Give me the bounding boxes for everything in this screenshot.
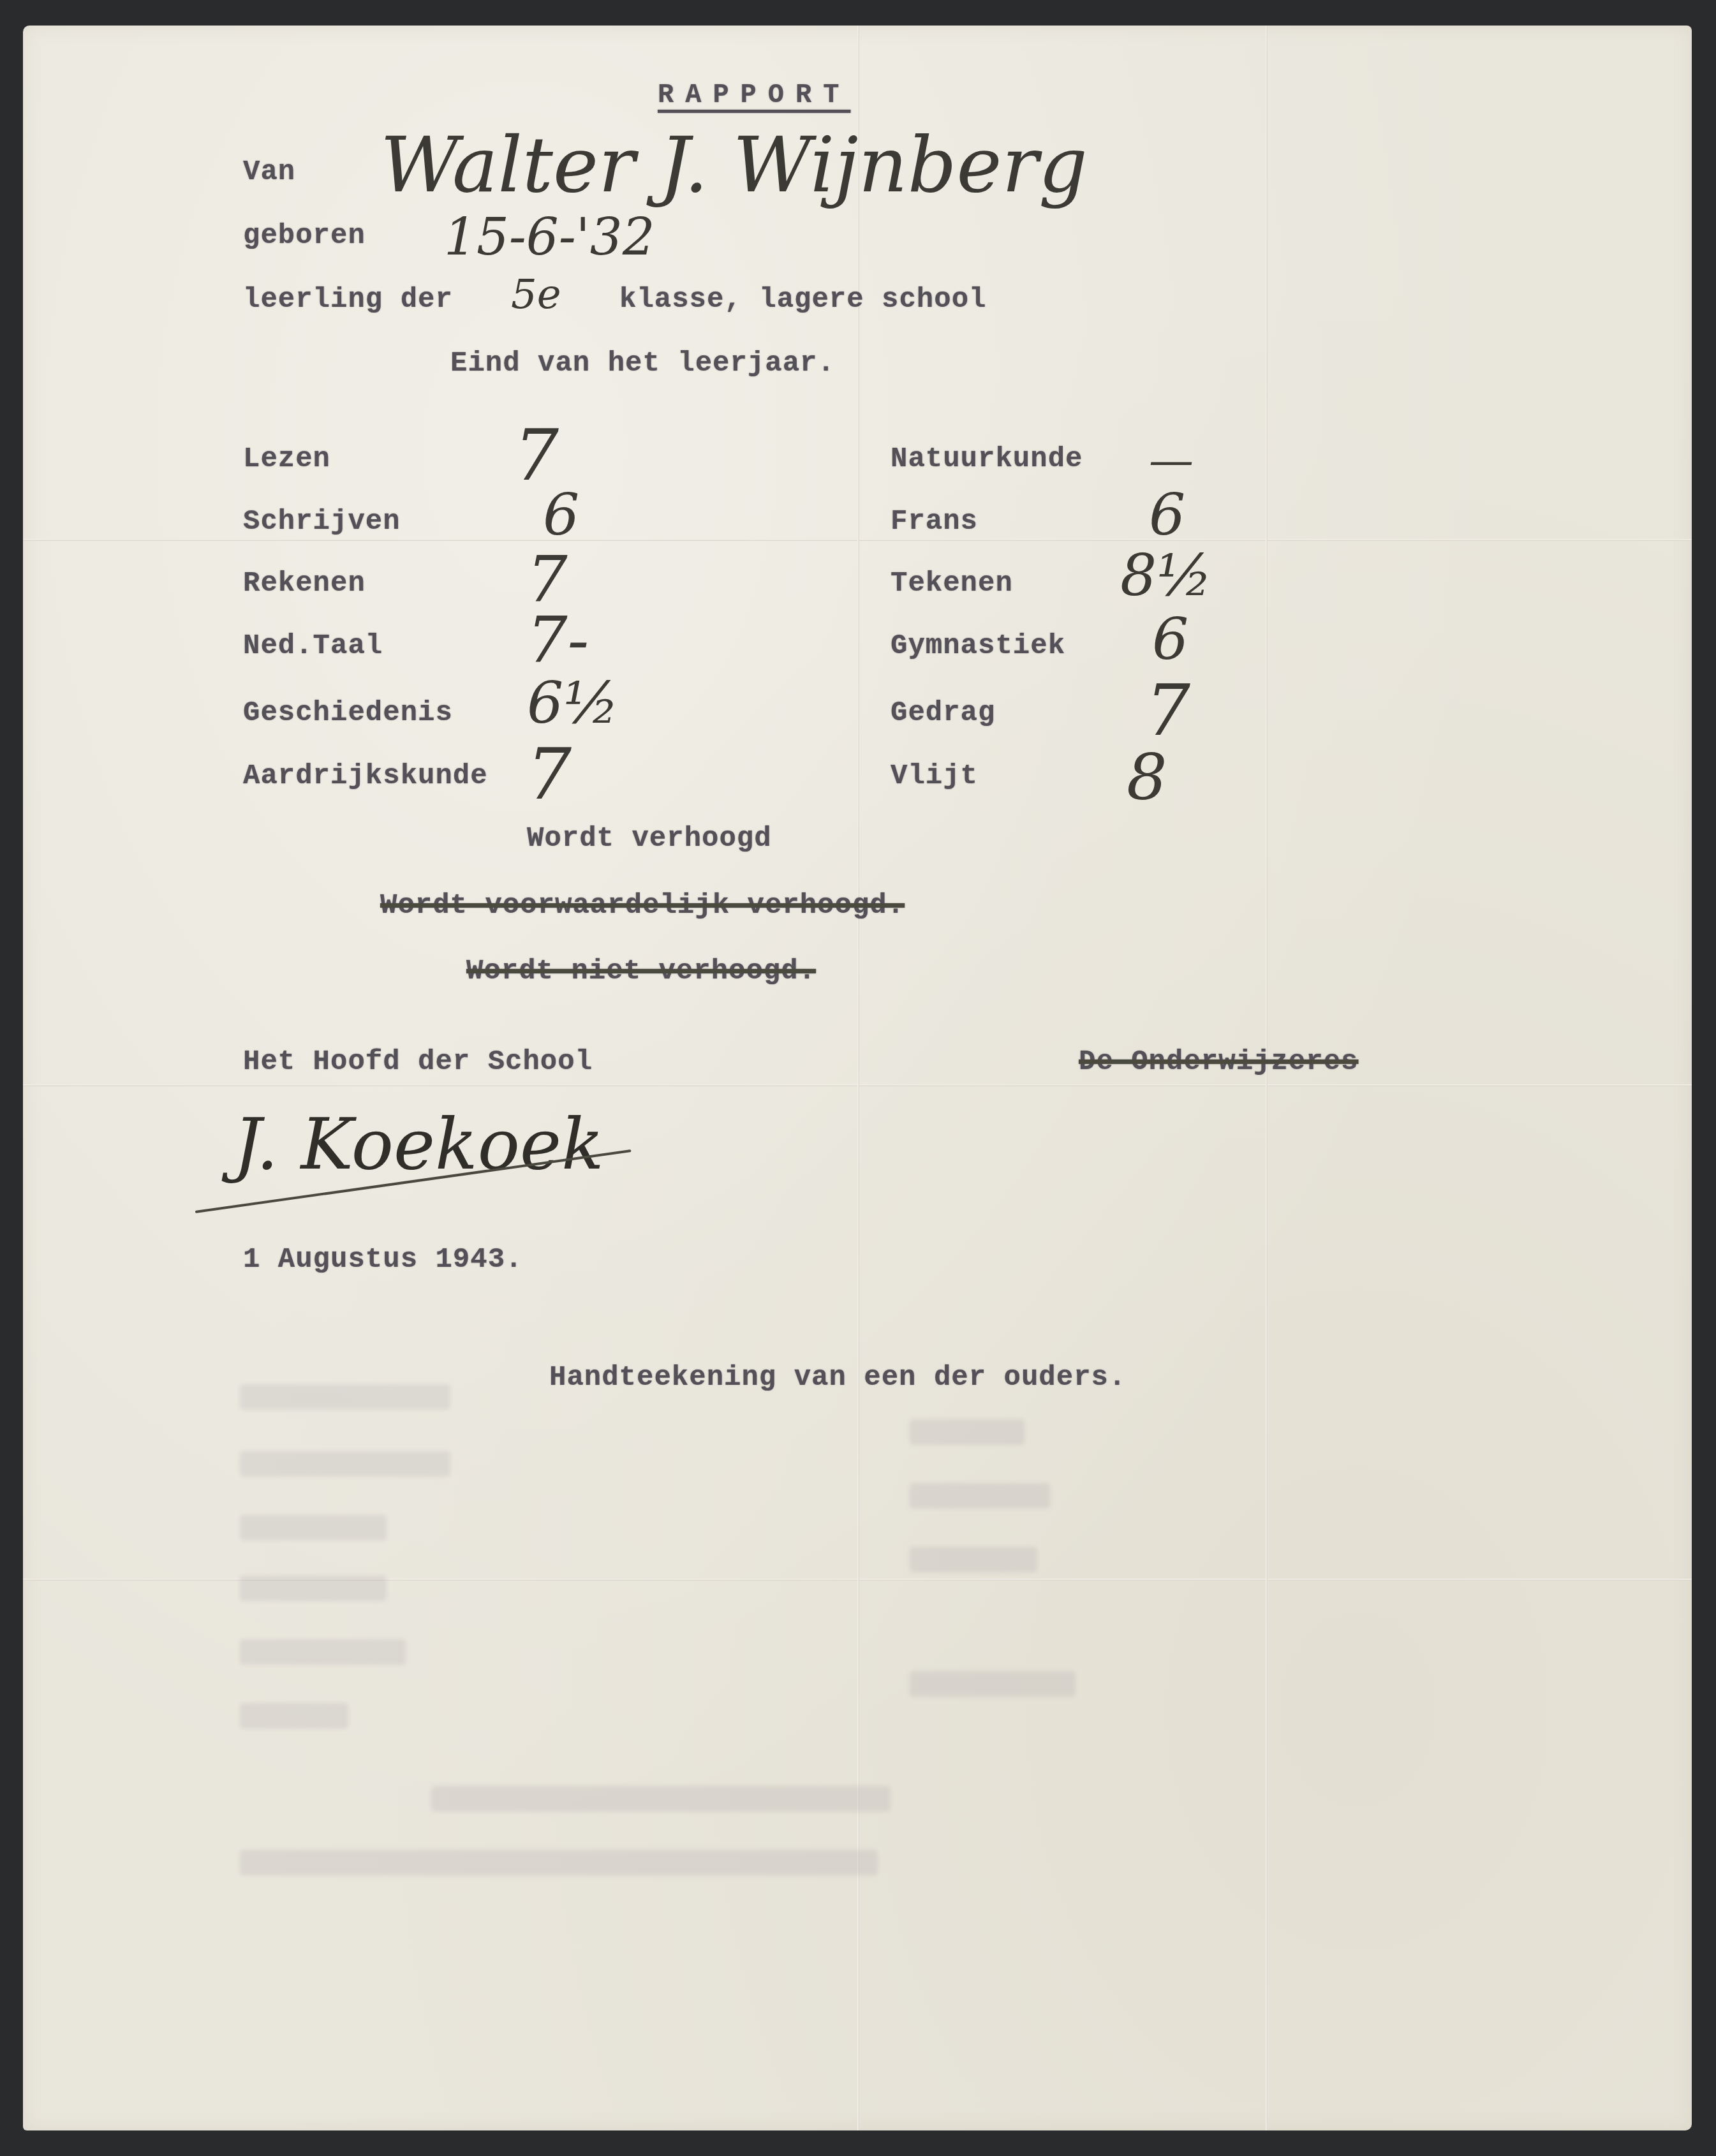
grade-value: 7- xyxy=(527,603,589,677)
bleed-through-mark xyxy=(240,1384,450,1410)
subject-label: Natuurkunde xyxy=(891,443,1083,475)
grade-value: 8 xyxy=(1127,740,1167,815)
head-signature: J. Koekoek xyxy=(233,1104,604,1185)
subject-label: Tekenen xyxy=(891,568,1013,600)
bleed-through-mark xyxy=(240,1850,878,1875)
subject-label: Frans xyxy=(891,506,978,538)
head-of-school-label: Het Hoofd der School xyxy=(243,1046,593,1078)
promotion-result: Wordt verhoogd xyxy=(527,823,772,855)
subject-label: Ned.Taal xyxy=(243,630,383,662)
report-card-paper: RAPPORT Van Walter J. Wijnberg geboren 1… xyxy=(23,26,1692,2130)
fold-line xyxy=(23,539,1692,541)
bleed-through-mark xyxy=(240,1703,348,1729)
fold-line xyxy=(1266,26,1268,2130)
bleed-through-mark xyxy=(240,1451,450,1477)
leerling-label: leerling der xyxy=(243,284,453,316)
subject-label: Gymnastiek xyxy=(891,630,1065,662)
subject-label: Schrijven xyxy=(243,506,401,538)
report-title: RAPPORT xyxy=(658,80,850,110)
period-label: Eind van het leerjaar. xyxy=(450,348,835,380)
subject-label: Lezen xyxy=(243,443,330,475)
fold-line xyxy=(23,1084,1692,1086)
subject-label: Geschiedenis xyxy=(243,697,453,729)
grade-value: 8½ xyxy=(1120,542,1213,609)
bleed-through-mark xyxy=(910,1547,1037,1572)
grade-value: 7 xyxy=(1146,670,1190,751)
fold-line xyxy=(857,26,859,2130)
promotion-not-struck: Wordt niet verhoogd. xyxy=(466,956,816,987)
grade-value: 7 xyxy=(527,734,572,815)
van-label: Van xyxy=(243,156,295,188)
subject-label: Gedrag xyxy=(891,697,995,729)
bleed-through-mark xyxy=(910,1483,1050,1509)
teacher-label-struck: De Onderwijzeres xyxy=(1079,1046,1358,1078)
bleed-through-mark xyxy=(910,1671,1076,1697)
promotion-conditional-struck: Wordt voorwaardelijk verhoogd. xyxy=(380,890,905,922)
grade-value: 6 xyxy=(543,482,579,549)
class-suffix: klasse, lagere school xyxy=(619,284,987,316)
grade-value: 6 xyxy=(1149,482,1185,549)
bleed-through-mark xyxy=(240,1639,406,1665)
student-name-handwritten: Walter J. Wijnberg xyxy=(380,121,1088,210)
class-handwritten: 5e xyxy=(511,271,561,318)
bleed-through-mark xyxy=(910,1419,1024,1445)
bleed-through-mark xyxy=(240,1515,387,1540)
birth-date-handwritten: 15-6-'32 xyxy=(444,207,655,267)
subject-label: Rekenen xyxy=(243,568,366,600)
subject-label: Aardrijkskunde xyxy=(243,760,488,792)
grade-value: 6 xyxy=(1152,606,1188,673)
bleed-through-mark xyxy=(240,1576,387,1601)
grade-value: — xyxy=(1149,434,1194,486)
subject-label: Vlijt xyxy=(891,760,978,792)
grade-value: 6½ xyxy=(527,670,619,737)
parent-signature-label: Handteekening van een der ouders. xyxy=(549,1362,1126,1394)
bleed-through-mark xyxy=(431,1786,891,1812)
report-date: 1 Augustus 1943. xyxy=(243,1244,522,1276)
geboren-label: geboren xyxy=(243,220,366,252)
